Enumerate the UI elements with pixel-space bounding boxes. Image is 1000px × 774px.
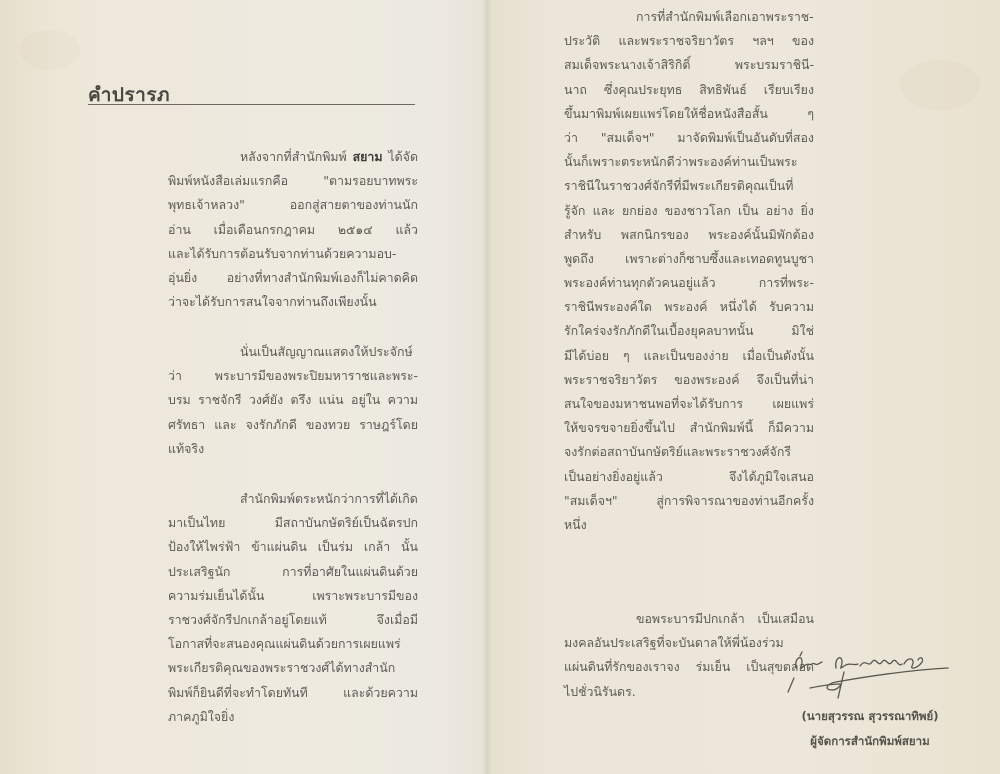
text-line: แท้จริง: [168, 437, 418, 461]
signature-icon: [780, 640, 960, 700]
text-line: "สมเด็จฯ" สู่การพิจารณาของท่านอีกครั้ง: [564, 489, 814, 513]
text-line: ว่าจะได้รับการสนใจจากท่านถึงเพียงนั้น: [168, 290, 418, 314]
signatory-title: ผู้จัดการสำนักพิมพ์สยาม: [785, 733, 955, 751]
signatory-name: (นายสุวรรณ สุวรรณาทิพย์): [785, 708, 955, 726]
text-line: ประเสริฐนัก การที่อาศัยในแผ่นดินด้วย: [168, 560, 418, 584]
text-line: พระองค์ท่านทุกตัวคนอยู่แล้ว การที่พระ-: [564, 271, 814, 295]
text-line: ว่า "สมเด็จฯ" มาจัดพิมพ์เป็นอันดับที่สอง: [564, 126, 814, 150]
paragraph-5: ขอพระบารมีปกเกล้า เป็นเสมือน มงคลอันประเ…: [564, 607, 814, 704]
text-line: การที่สำนักพิมพ์เลือกเอาพระราช-: [564, 5, 814, 29]
text-line: ไปชั่วนิรันดร.: [564, 680, 814, 704]
book-spread: คำปรารภ หลังจากที่สำนักพิมพ์ สยาม ได้จัด…: [0, 0, 1000, 774]
left-page: คำปรารภ หลังจากที่สำนักพิมพ์ สยาม ได้จัด…: [0, 0, 487, 774]
text-line: อุ่นยิ่ง อย่างที่ทางสำนักพิมพ์เองก็ไม่คา…: [168, 266, 418, 290]
text-line: พระราชจริยาวัตร ของพระองค์ จึงเป็นที่น่า: [564, 368, 814, 392]
text-line: มาเป็นไทย มีสถาบันกษัตริย์เป็นฉัตรปก: [168, 511, 418, 535]
paragraph-3: สำนักพิมพ์ตระหนักว่าการที่ได้เกิด มาเป็น…: [168, 487, 418, 729]
handwritten-signature: [780, 640, 960, 700]
text-line: ราชินีในราชวงศ์จักรีที่มีพระเกียรติคุณเป…: [564, 174, 814, 198]
text-line: รู้จัก และ ยกย่อง ของชาวโลก เป็น อย่าง ย…: [564, 199, 814, 223]
text-line: หนึ่ง: [564, 513, 814, 537]
text-line: นาถ ซึ่งคุณประยุทธ สิทธิพันธ์ เรียบเรียง: [564, 78, 814, 102]
text-line: ศรัทธา และ จงรักภักดี ของทวย ราษฎร์โดย: [168, 413, 418, 437]
text-line: เป็นอย่างยิ่งอยู่แล้ว จึงได้ภูมิใจเสนอ: [564, 465, 814, 489]
text-line: โอกาสที่จะสนองคุณแผ่นดินด้วยการเผยแพร่: [168, 632, 418, 656]
text-line: นั้นก็เพราะตระหนักดีว่าพระองค์ท่านเป็นพร…: [564, 150, 814, 174]
text-line: จงรักต่อสถาบันกษัตริย์และพระราชวงศ์จักรี: [564, 440, 814, 464]
text-line: ว่า พระบารมีของพระปิยมหาราชและพระ-: [168, 364, 418, 388]
text-line: และได้รับการต้อนรับจากท่านด้วยความอบ-: [168, 242, 418, 266]
text-line: ราชินีพระองค์ใด พระองค์ หนึ่งได้ รับความ: [564, 295, 814, 319]
paragraph-4: การที่สำนักพิมพ์เลือกเอาพระราช- ประวัติ …: [564, 5, 814, 537]
text-line: บรม ราชจักรี วงศ์ยัง ตรึง แน่น อยู่ใน คว…: [168, 388, 418, 412]
paragraph-2: นั่นเป็นสัญญาณแสดงให้ประจักษ์ ว่า พระบาร…: [168, 340, 418, 461]
text-line: สำนักพิมพ์ตระหนักว่าการที่ได้เกิด: [168, 487, 418, 511]
text-line: แผ่นดินที่รักของเราจง ร่มเย็น เป็นสุขตลอ…: [564, 655, 814, 679]
text-line: ราชวงศ์จักรีปกเกล้าอยู่โดยแท้ จึงเมื่อมี: [168, 608, 418, 632]
text-line: นั่นเป็นสัญญาณแสดงให้ประจักษ์: [168, 340, 418, 364]
text-line: พระเกียรติคุณของพระราชวงศ์ได้ทางสำนัก: [168, 656, 418, 680]
text-line: พูดถึง เพราะต่างก็ซาบซึ้งและเทอดทูนบูชา: [564, 247, 814, 271]
text-line: หลังจากที่สำนักพิมพ์ สยาม ได้จัด: [168, 145, 418, 169]
text-line: มงคลอันประเสริฐที่จะบันดาลให้พี่น้องร่วม: [564, 631, 814, 655]
text-line: มีได้บ่อย ๆ และเป็นของง่าย เมื่อเป็นดังน…: [564, 344, 814, 368]
text-line: รักใคร่จงรักภักดีในเบื้องยุคลบาทนั้น มิใ…: [564, 319, 814, 343]
text-line: พิมพ์ก็ยินดีที่จะทำโดยทันที และด้วยความ: [168, 681, 418, 705]
text-line: ป้องให้ไพร่ฟ้า ข้าแผ่นดิน เป็นร่ม เกล้า …: [168, 535, 418, 559]
text-line: อ่าน เมื่อเดือนกรกฎาคม ๒๕๑๔ แล้ว: [168, 218, 418, 242]
publisher-name: สยาม: [353, 149, 383, 164]
text-line: สมเด็จพระนางเจ้าสิริกิติ์ พระบรมราชินี-: [564, 53, 814, 77]
text-line: ขอพระบารมีปกเกล้า เป็นเสมือน: [564, 607, 814, 631]
text-line: สนใจของมหาชนพอที่จะได้รับการ เผยแพร่: [564, 392, 814, 416]
text-line: ความร่มเย็นได้นั้น เพราะพระบารมีของ: [168, 584, 418, 608]
text-line: สำหรับ พสกนิกรของ พระองค์นั้นมิพักต้อง: [564, 223, 814, 247]
text-line: ให้ขจรขจายยิ่งขึ้นไป สำนักพิมพ์นี้ ก็มีค…: [564, 416, 814, 440]
text-line: ประวัติ และพระราชจริยาวัตร ฯลฯ ของ: [564, 29, 814, 53]
text-line: ภาคภูมิใจยิ่ง: [168, 705, 418, 729]
text-line: พุทธเจ้าหลวง" ออกสู่สายตาของท่านนัก: [168, 193, 418, 217]
heading-underline: [88, 104, 415, 105]
paragraph-1: หลังจากที่สำนักพิมพ์ สยาม ได้จัด พิมพ์หน…: [168, 145, 418, 314]
page-heading: คำปรารภ: [88, 80, 170, 110]
text-line: ขึ้นมาพิมพ์เผยแพร่โดยให้ชื่อหนังสือสั้น …: [564, 102, 814, 126]
text-line: พิมพ์หนังสือเล่มแรกคือ "ตามรอยบาทพระ: [168, 169, 418, 193]
